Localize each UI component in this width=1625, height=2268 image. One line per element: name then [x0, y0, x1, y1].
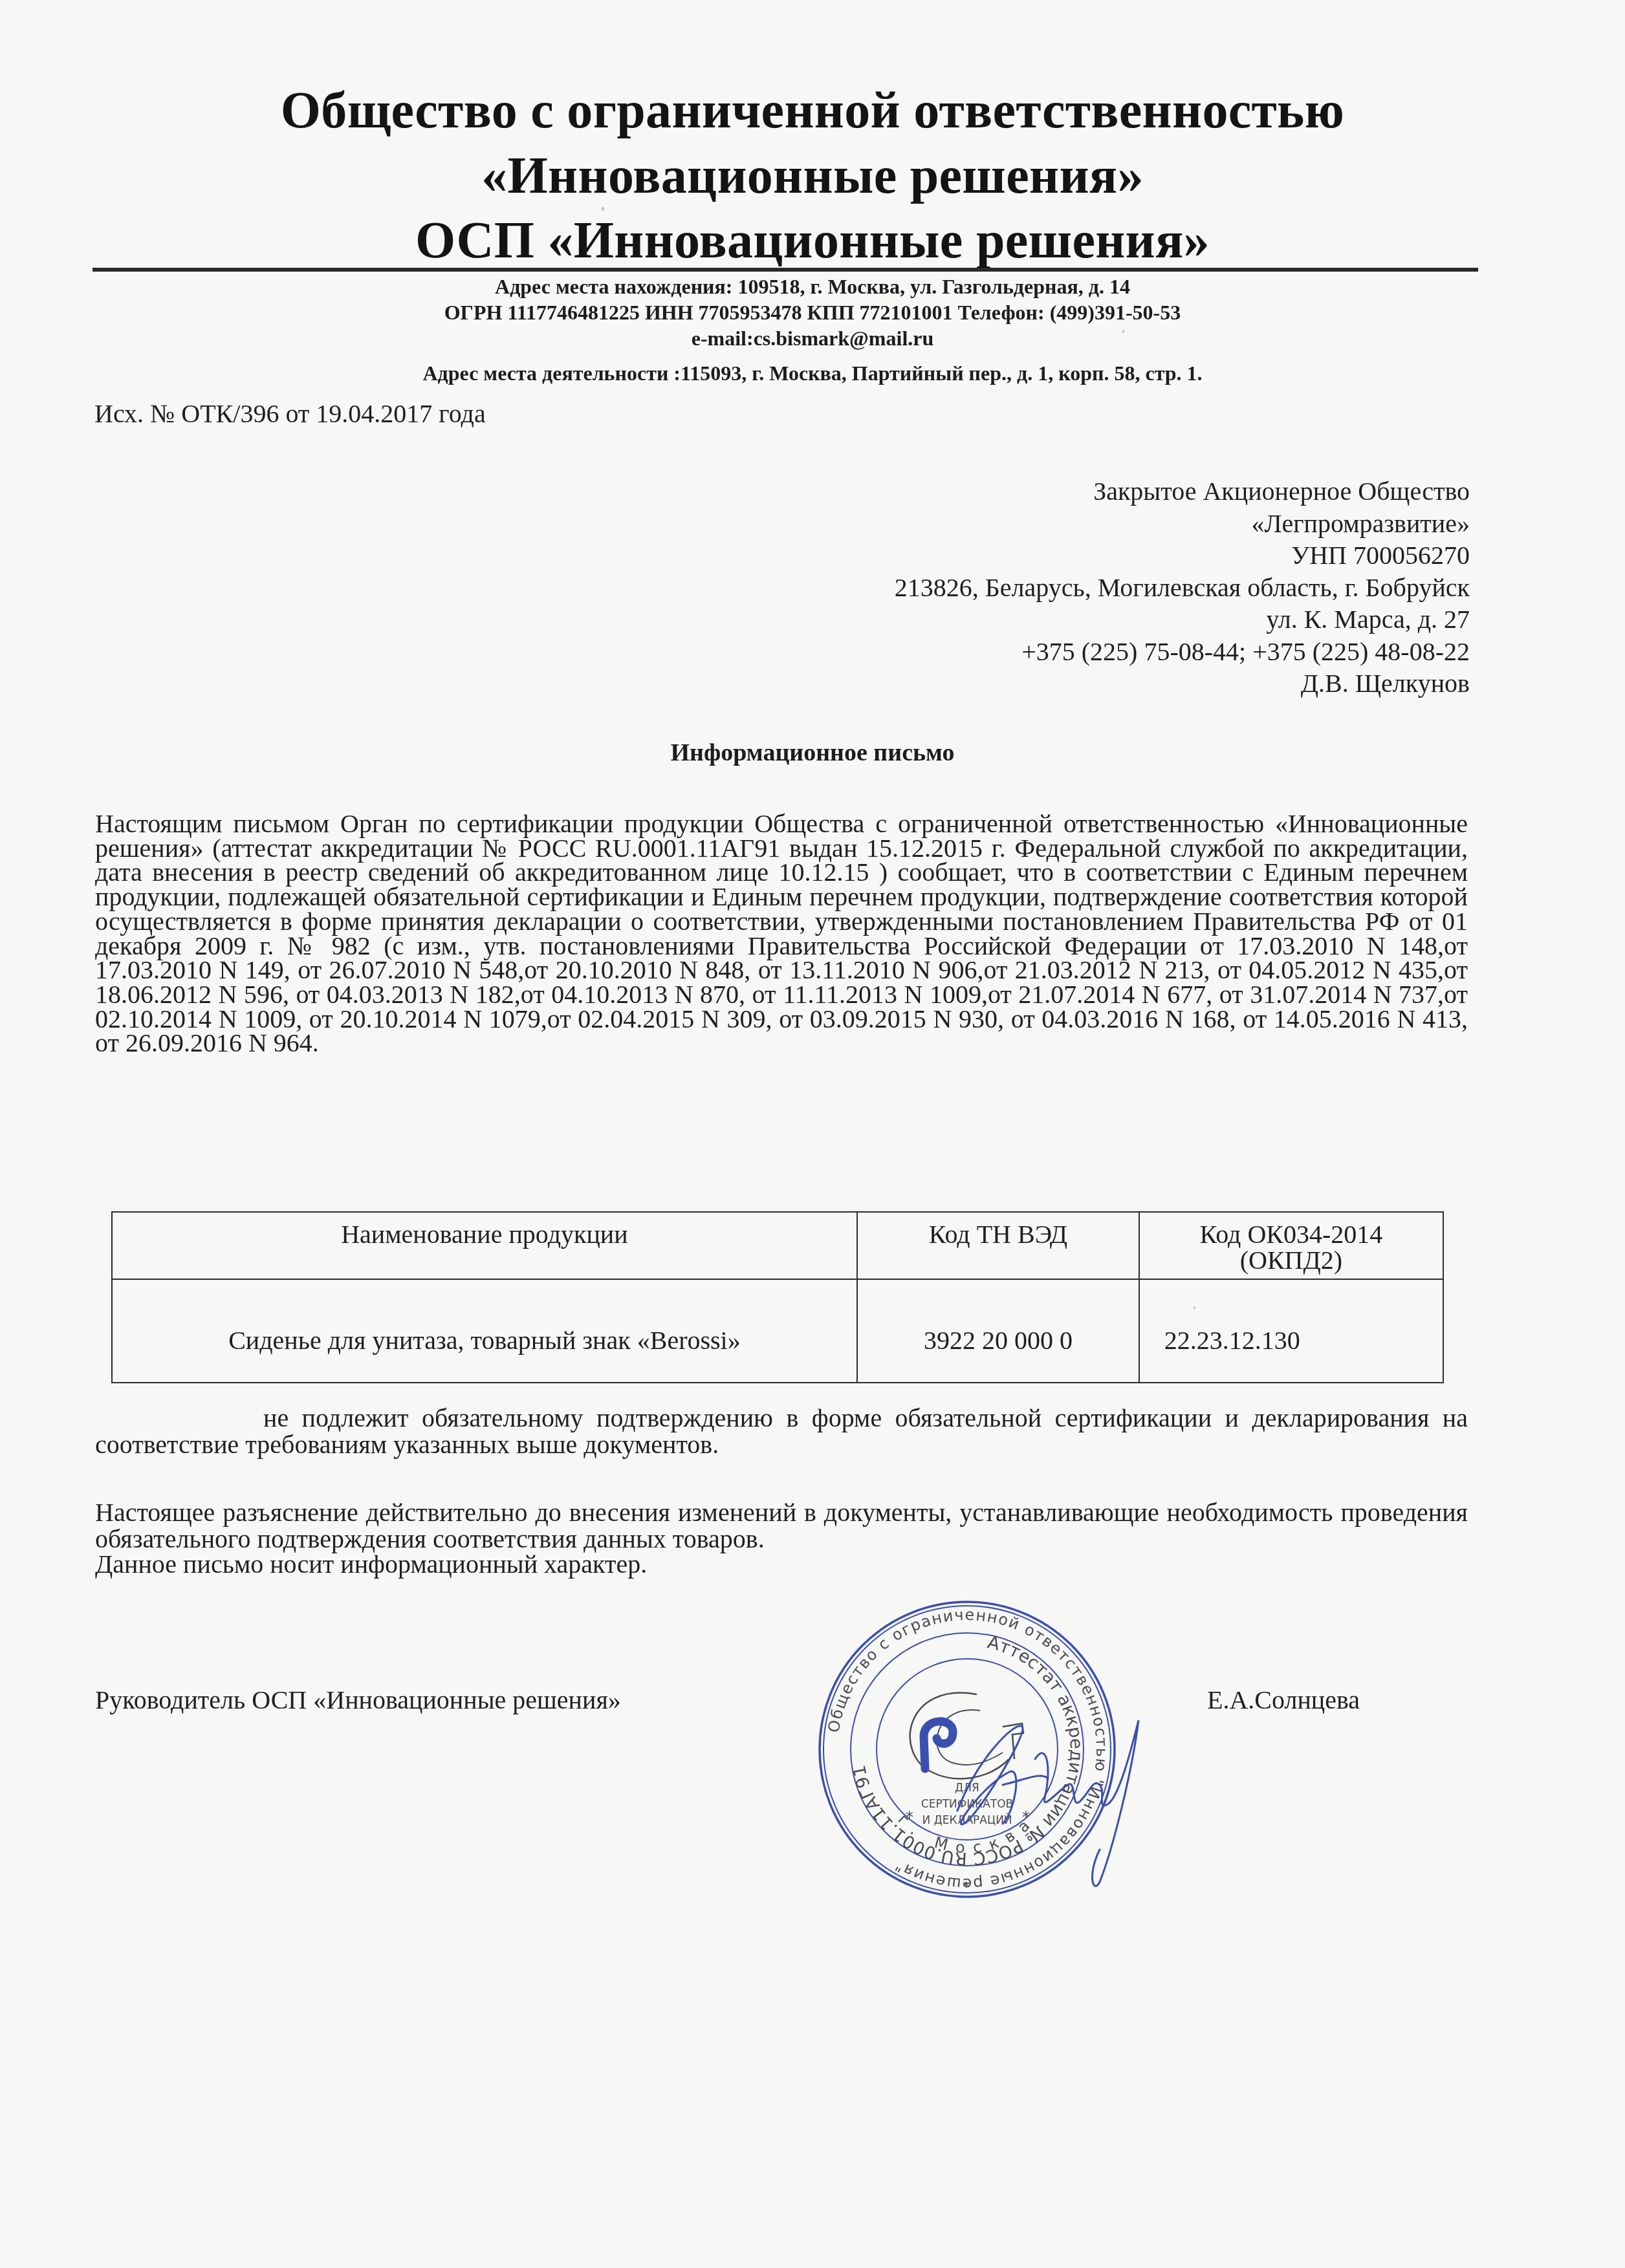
header-product-name: Наименование продукции — [112, 1212, 857, 1279]
document-heading: Информационное письмо — [0, 737, 1625, 768]
conclusion-paragraph: не подлежит обязательному подтверждению … — [95, 1405, 1468, 1458]
outgoing-number: Исх. № ОТК/396 от 19.04.2017 года — [94, 398, 486, 429]
document-page: Общество с ограниченной ответственностью… — [0, 0, 1625, 2268]
body-paragraph: Настоящим письмом Орган по сертификации … — [95, 812, 1468, 1055]
table-row: Сиденье для унитаза, товарный знак «Bero… — [112, 1279, 1443, 1383]
cell-product-name: Сиденье для унитаза, товарный знак «Bero… — [112, 1279, 857, 1383]
header-tnved-code: Код ТН ВЭД — [857, 1212, 1139, 1279]
header-okpd2-code: Код ОК034-2014(ОКПД2) — [1139, 1212, 1443, 1279]
letterhead-company-brand: «Инновационные решения» — [0, 148, 1625, 204]
letterhead-legal-address: Адрес места нахождения: 109518, г. Москв… — [0, 274, 1625, 299]
recipient-line: ул. К. Марса, д. 27 — [895, 603, 1470, 636]
scan-artifact — [1122, 330, 1124, 333]
scan-artifact — [602, 207, 604, 211]
cell-okpd2-code: 22.23.12.130 — [1139, 1279, 1443, 1383]
scan-artifact — [1194, 1306, 1195, 1309]
signatory-name: Е.А.Солнцева — [1207, 1685, 1360, 1716]
letterhead-divider — [93, 268, 1478, 272]
recipient-block: Закрытое Акционерное Общество «Легпромра… — [895, 475, 1470, 700]
handwritten-signature — [938, 1681, 1151, 1895]
signatory-role: Руководитель ОСП «Инновационные решения» — [95, 1685, 621, 1716]
informational-note: Данное письмо носит информационный харак… — [95, 1551, 1468, 1577]
letterhead-registration: ОГРН 1117746481225 ИНН 7705953478 КПП 77… — [0, 299, 1625, 325]
letterhead-email: e-mail:cs.bismark@mail.ru — [0, 325, 1625, 351]
signature-icon — [938, 1681, 1151, 1895]
recipient-line: УНП 700056270 — [895, 539, 1470, 572]
recipient-line: 213826, Беларусь, Могилевская область, г… — [895, 572, 1470, 604]
letterhead-company-name: Общество с ограниченной ответственностью — [0, 83, 1625, 138]
letterhead-activity-address: Адрес места деятельности :115093, г. Мос… — [0, 360, 1625, 386]
table-header-row: Наименование продукции Код ТН ВЭД Код ОК… — [112, 1212, 1443, 1279]
recipient-line: «Легпромразвитие» — [895, 508, 1470, 540]
letterhead-division-name: ОСП «Инновационные решения» — [0, 213, 1625, 268]
header-okpd2-label: Код ОК034-2014(ОКПД2) — [1200, 1220, 1383, 1275]
product-table: Наименование продукции Код ТН ВЭД Код ОК… — [111, 1211, 1444, 1383]
cell-tnved-code: 3922 20 000 0 — [857, 1279, 1139, 1383]
recipient-line: Д.В. Щелкунов — [895, 667, 1470, 700]
svg-text:*: * — [906, 1808, 913, 1826]
recipient-line: Закрытое Акционерное Общество — [895, 475, 1470, 508]
validity-paragraph: Настоящее разъяснение действительно до в… — [95, 1499, 1468, 1552]
recipient-line: +375 (225) 75-08-44; +375 (225) 48-08-22 — [895, 636, 1470, 668]
